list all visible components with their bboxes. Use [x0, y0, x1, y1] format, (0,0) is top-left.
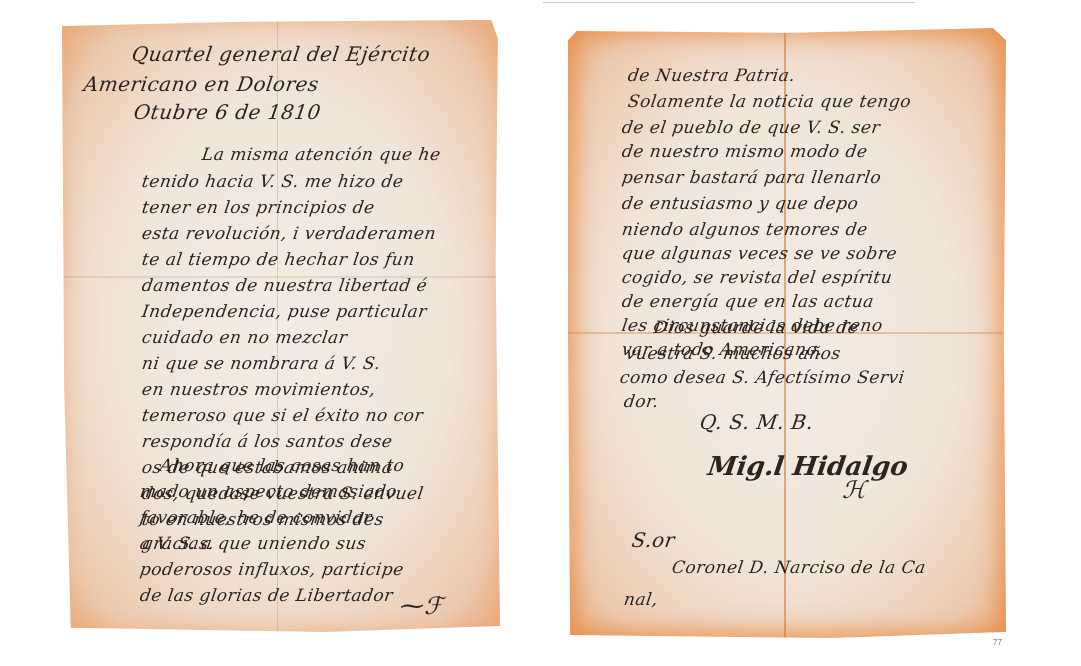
text-line: La misma atención que he — [201, 145, 442, 165]
text-line: favorable, he de convidar — [139, 508, 374, 528]
text-line: pensar bastará para llenarlo — [621, 168, 883, 188]
text-line: Solamente la noticia que tengo — [627, 92, 913, 112]
text-line: de entusiasmo y que depo — [621, 194, 860, 214]
text-line: temeroso que si el éxito no cor — [141, 406, 425, 426]
signature-rubric-icon: ℋ — [842, 476, 866, 504]
text-line: esta revolución, i verdaderamen — [141, 224, 438, 244]
text-line: de energía que en las actua — [621, 292, 876, 312]
top-rule — [543, 2, 915, 3]
text-line: respondía á los santos dese — [141, 432, 394, 452]
text-line: vuestra S. muchos años — [625, 344, 842, 364]
text-line: cuidado en no mezclar — [141, 328, 349, 348]
heading-line: Americano en Dolores — [82, 72, 320, 96]
text-line: de nuestro mismo modo de — [621, 142, 869, 162]
addressee-line: nal, — [623, 590, 660, 610]
text-line: damentos de nuestra libertad é — [141, 276, 429, 296]
text-line: de el pueblo de que V. S. ser — [621, 118, 882, 138]
heading-line: Quartel general del Ejército — [130, 42, 432, 66]
text-line: en nuestros movimientos, — [141, 380, 377, 400]
text-line: dor. — [623, 392, 661, 412]
date-line: Otubre 6 de 1810 — [132, 100, 322, 124]
salutation: S.or — [630, 528, 676, 552]
text-line: te al tiempo de hechar los fun — [141, 250, 417, 270]
rubric-flourish-icon: ⁓ℱ — [400, 592, 443, 620]
text-line: Independencia, puse particular — [141, 302, 429, 322]
text-line: cogido, se revista del espíritu — [621, 268, 894, 288]
text-line: Ahora que las cosas han to — [159, 456, 406, 476]
text-line: niendo algunos temores de — [621, 220, 869, 240]
text-line: como desea S. Afectísimo Servi — [619, 368, 906, 388]
text-line: mado un aspecto demasiado — [139, 482, 399, 502]
text-line: ni que se nombrara á V. S. — [141, 354, 382, 374]
text-line: Dios guarde la vida de — [653, 318, 860, 338]
text-line: tener en los principios de — [141, 198, 376, 218]
page-number: 77 — [993, 638, 1002, 647]
text-line: de las glorias de Libertador — [139, 586, 395, 606]
text-line: tenido hacia V. S. me hizo de — [141, 172, 405, 192]
signature: Mig.l Hidalgo — [706, 452, 910, 482]
text-line: a V. S. a que uniendo sus — [139, 534, 368, 554]
addressee-line: Coronel D. Narciso de la Ca — [671, 558, 928, 578]
text-line: de Nuestra Patria. — [627, 66, 797, 86]
text-line: que algunas veces se ve sobre — [621, 244, 899, 264]
text-line: poderosos influxos, participe — [139, 560, 406, 580]
closing-abbreviation: Q. S. M. B. — [698, 410, 815, 434]
